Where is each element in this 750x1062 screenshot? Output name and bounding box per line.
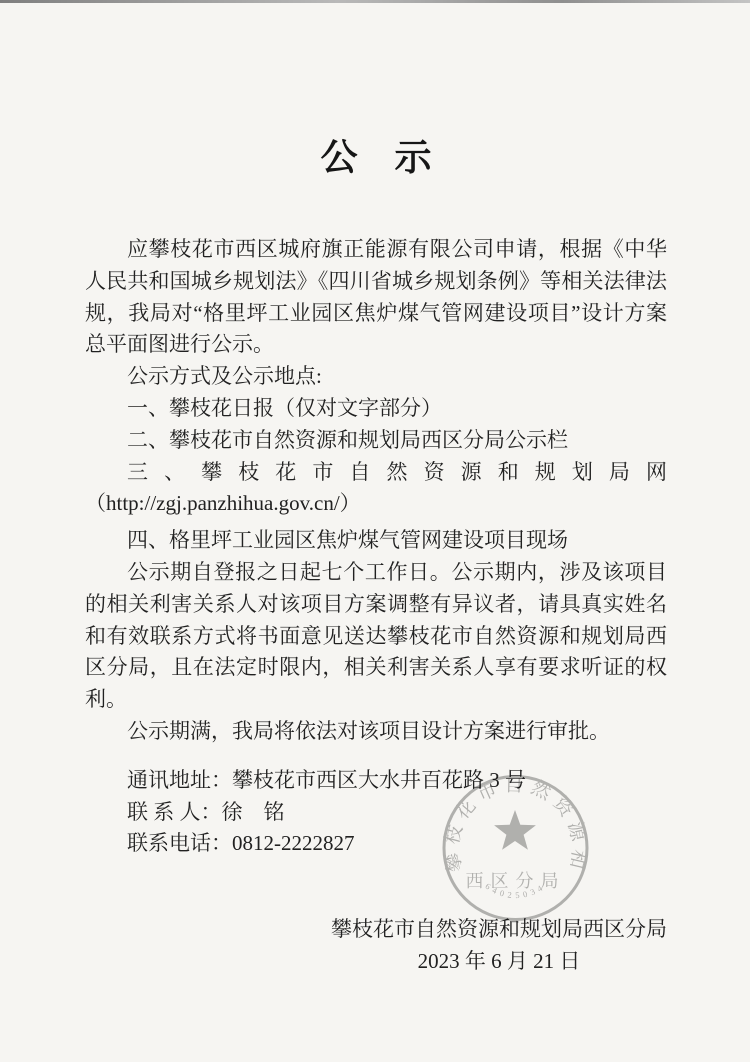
method-item-3: 三、攀枝花市自然资源和规划局网（http://zgj.panzhihua.gov… [85, 457, 667, 521]
signature-date: 2023 年 6 月 21 日 [331, 946, 667, 978]
notice-text: 应攀枝花市西区城府旗正能源有限公司申请，根据《中华人民共和国城乡规划法》《四川省… [85, 234, 667, 978]
notice-title: 公 示 [85, 136, 667, 182]
signature-org: 攀枝花市自然资源和规划局西区分局 [331, 914, 667, 946]
methods-list: 一、攀枝花日报（仅对文字部分） 二、攀枝花市自然资源和规划局西区分局公示栏 三、… [85, 393, 667, 557]
document-body: 公 示 应攀枝花市西区城府旗正能源有限公司申请，根据《中华人民共和国城乡规划法》… [85, 0, 667, 978]
contact-person-label: 联 系 人： [127, 800, 222, 824]
contact-address-label: 通讯地址： [127, 768, 232, 792]
contact-address-value: 攀枝花市西区大水井百花路 3 号 [232, 768, 526, 792]
period-paragraph: 公示期自登报之日起七个工作日。公示期内，涉及该项目的相关利害关系人对该项目方案调… [85, 557, 667, 716]
contact-phone-label: 联系电话： [127, 831, 232, 855]
contact-person-row: 联 系 人：徐 铭 [85, 797, 667, 829]
intro-paragraph: 应攀枝花市西区城府旗正能源有限公司申请，根据《中华人民共和国城乡规划法》《四川省… [85, 234, 667, 361]
method-item-4: 四、格里坪工业园区焦炉煤气管网建设项目现场 [85, 525, 667, 557]
method-item-1: 一、攀枝花日报（仅对文字部分） [85, 393, 667, 425]
contact-person-value: 徐 铭 [222, 800, 285, 824]
contact-phone-value: 0812-2222827 [232, 831, 355, 855]
contact-phone-row: 联系电话：0812-2222827 [85, 828, 667, 860]
scanned-notice-page: 公 示 应攀枝花市西区城府旗正能源有限公司申请，根据《中华人民共和国城乡规划法》… [0, 0, 750, 1062]
contact-address-row: 通讯地址：攀枝花市西区大水井百花路 3 号 [85, 765, 667, 797]
contact-block: 通讯地址：攀枝花市西区大水井百花路 3 号 联 系 人：徐 铭 联系电话：081… [85, 765, 667, 860]
signature-block: 攀枝花市自然资源和规划局西区分局 2023 年 6 月 21 日 [331, 914, 667, 978]
methods-heading: 公示方式及公示地点: [85, 361, 667, 393]
closing-paragraph: 公示期满，我局将依法对该项目设计方案进行审批。 [85, 716, 667, 748]
method-item-2: 二、攀枝花市自然资源和规划局西区分局公示栏 [85, 425, 667, 457]
